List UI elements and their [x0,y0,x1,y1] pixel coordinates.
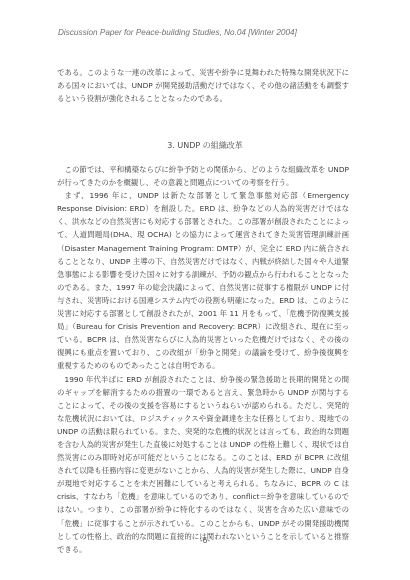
page-number: -6- [0,536,410,545]
intro-block: である。このような一連の改革によって、災害や紛争に見舞われた特殊な開発状況下にあ… [57,66,349,105]
body-paragraph-2: まず、1996 年に、UNDP は新たな部署として緊急事態対応部（Emergen… [57,189,349,372]
section-heading: 3. UNDP の組織改革 [0,140,410,151]
body-paragraph-1: この節では、平和構築ならびに紛争予防との関係から、どのような組織改革を UNDP… [57,163,349,189]
section-body: この節では、平和構築ならびに紛争予防との関係から、どのような組織改革を UNDP… [57,163,349,556]
intro-paragraph: である。このような一連の改革によって、災害や紛争に見舞われた特殊な開発状況下にあ… [57,66,349,105]
running-header: Discussion Paper for Peace-building Stud… [58,28,297,37]
body-paragraph-3: 1990 年代半ばに ERD が創設されたことは、紛争後の緊急援助と長期的開発と… [57,373,349,556]
